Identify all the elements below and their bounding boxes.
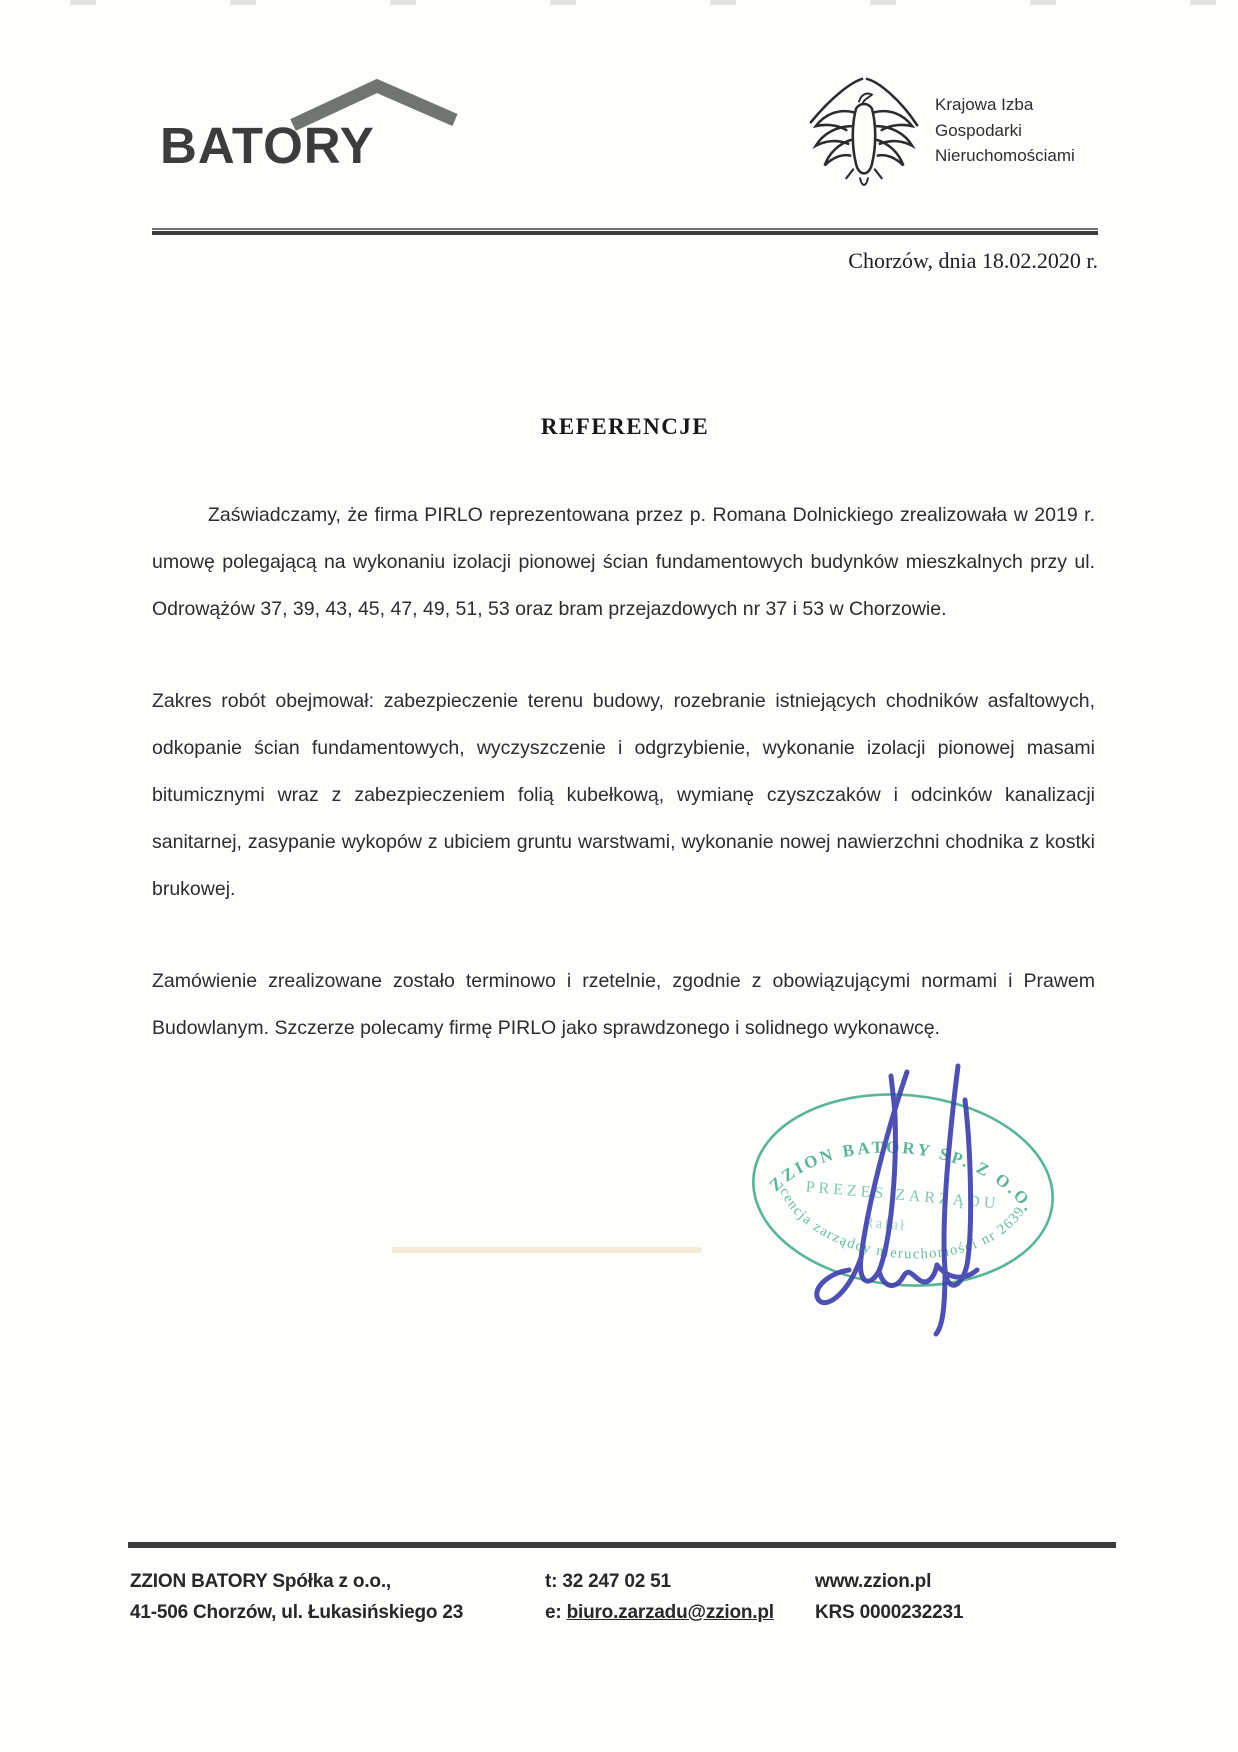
footer-web-block: www.zzion.pl KRS 0000232231 bbox=[815, 1566, 963, 1628]
chamber-name-line3: Nieruchomościami bbox=[935, 143, 1075, 169]
eagle-emblem-icon bbox=[805, 68, 923, 200]
scan-noise-artifact bbox=[0, 0, 1238, 5]
footer-krs: KRS 0000232231 bbox=[815, 1597, 963, 1628]
batory-logo-text: BATORY bbox=[160, 116, 375, 175]
header-divider-thin-line bbox=[152, 228, 1098, 230]
handwritten-signature bbox=[795, 1058, 1025, 1338]
document-title: REFERENCJE bbox=[152, 414, 1098, 440]
footer-email-prefix: e: bbox=[545, 1602, 567, 1623]
paragraph-1: Zaświadczamy, że firma PIRLO reprezentow… bbox=[152, 492, 1095, 633]
paragraph-3: Zamówienie zrealizowane zostało terminow… bbox=[152, 958, 1095, 1052]
footer-company-address: 41-506 Chorzów, ul. Łukasińskiego 23 bbox=[130, 1597, 463, 1628]
header-divider bbox=[152, 228, 1098, 235]
footer-phone: t: 32 247 02 51 bbox=[545, 1566, 774, 1597]
header-divider-thick-line bbox=[152, 231, 1098, 235]
scan-artifact-line bbox=[392, 1247, 702, 1253]
footer-email-line: e: biuro.zarzadu@zzion.pl bbox=[545, 1597, 774, 1628]
dateline: Chorzów, dnia 18.02.2020 r. bbox=[152, 248, 1098, 274]
letter-body: Zaświadczamy, że firma PIRLO reprezentow… bbox=[152, 492, 1095, 1097]
scanned-letter-page: BATORY Krajowa Izba Gospodarki Nieruchom… bbox=[0, 0, 1238, 1752]
chamber-name-line2: Gospodarki bbox=[935, 118, 1075, 144]
footer-email-link[interactable]: biuro.zarzadu@zzion.pl bbox=[567, 1602, 774, 1623]
footer-company-block: ZZION BATORY Spółka z o.o., 41-506 Chorz… bbox=[130, 1566, 463, 1628]
paragraph-2: Zakres robót obejmował: zabezpieczenie t… bbox=[152, 678, 1095, 913]
footer-website: www.zzion.pl bbox=[815, 1566, 963, 1597]
footer-company-name: ZZION BATORY Spółka z o.o., bbox=[130, 1566, 463, 1597]
footer-contact-block: t: 32 247 02 51 e: biuro.zarzadu@zzion.p… bbox=[545, 1566, 774, 1628]
chamber-name-line1: Krajowa Izba bbox=[935, 92, 1075, 118]
chamber-name: Krajowa Izba Gospodarki Nieruchomościami bbox=[935, 92, 1075, 169]
footer-divider bbox=[128, 1542, 1116, 1548]
